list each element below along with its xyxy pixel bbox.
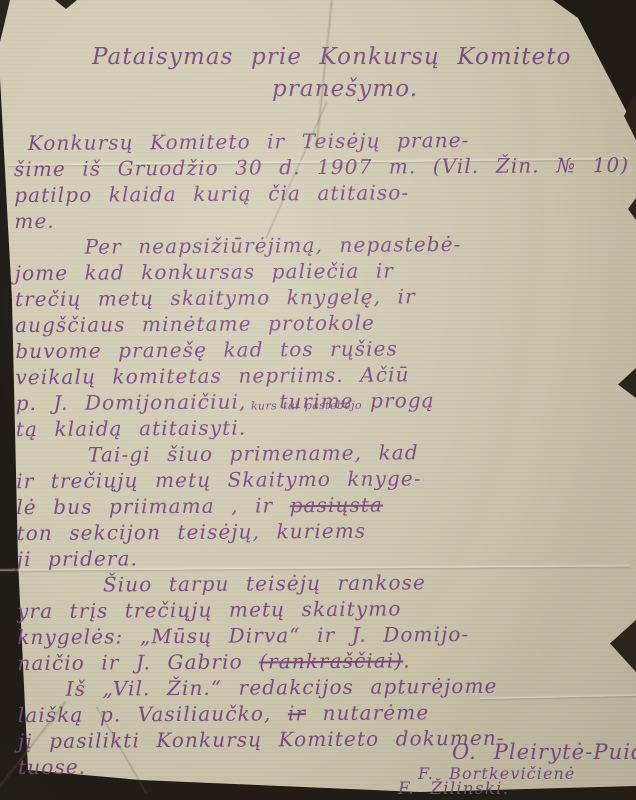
signature-zilinski: F. Žilinski. xyxy=(398,779,509,799)
photo-of-letter: Pataisymas prie Konkursų Komiteto praneš… xyxy=(0,0,636,800)
signature-pleiryte-puidiene: O. Pleirytė-Puidienė xyxy=(452,740,636,764)
letter-title-line1: Pataisymas prie Konkursų Komiteto xyxy=(92,44,572,70)
interlinear-insertion: kurs tai pastebėjo xyxy=(251,393,362,420)
line-p5-2-text: nutarėme xyxy=(322,700,429,725)
line-p1-2: šime iš Gruodžio 30 d. 1907 m. (Vil. Žin… xyxy=(14,152,630,182)
letter-body: Konkursų Komiteto ir Teisėjų prane- šime… xyxy=(14,126,635,780)
line-p4-4-text: naičio ir J. Gabrio xyxy=(17,650,242,676)
line-p4-4-text: . xyxy=(403,648,411,672)
line-p2-7-text: p. J. Domijonaičiui, xyxy=(16,390,247,416)
struck-word: ir xyxy=(288,701,306,725)
letter-title-line2: pranešymo. xyxy=(272,76,418,102)
line-p3-3-text: lė bus priimama , ir xyxy=(16,493,273,519)
struck-word: pasiųsta xyxy=(290,493,383,518)
line-p5-2-text: laišką p. Vasiliaučko, xyxy=(18,701,272,727)
struck-word: (rankraščiai) xyxy=(259,648,403,673)
